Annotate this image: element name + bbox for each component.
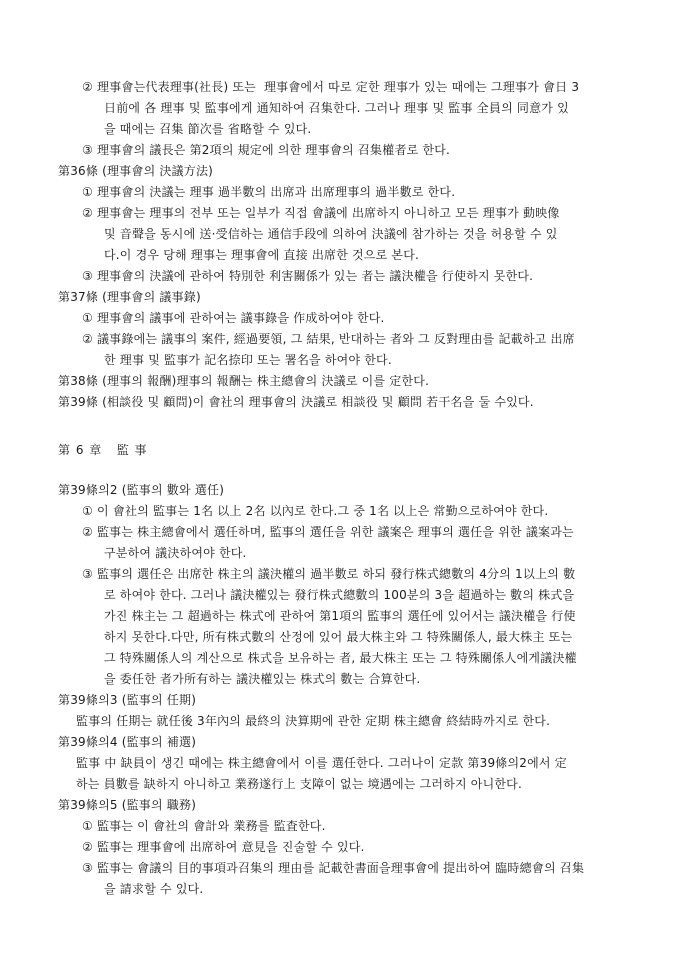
numbered-item-line: ③ 監事의 選任은 出席한 株主의 議決權의 過半數로 하되 發行株式總數의 4… [0,564,640,585]
article-heading-line: 第39條의4 (監事의 補選) [0,732,640,753]
body-line: 하는 員數를 缺하지 아니하고 業務遂行上 支障이 없는 境遇에는 그러하지 아… [0,774,640,795]
continuation-line: 및 音聲을 동시에 送·受信하는 通信手段에 의하여 決議에 참가하는 것을 허… [0,224,640,245]
document-page: ② 理事會는代表理事(社長) 또는 理事會에서 따로 定한 理事가 있는 때에는… [0,0,680,962]
chapter-heading: 第 6 章 監 事 [0,440,640,461]
body-line: 監事의 任期는 就任後 3年內의 最終의 決算期에 관한 定期 株主總會 終結時… [0,711,640,732]
numbered-item-line: ① 監事는 이 會社의 會計와 業務를 監査한다. [0,816,640,837]
article-heading-line: 第36條 (理事會의 決議方法) [0,161,640,182]
article-heading-line: 第37條 (理事會의 議事錄) [0,287,640,308]
numbered-item-line: ③ 監事는 會議의 目的事項과召集의 理由를 記載한書面을理事會에 提出하여 臨… [0,858,640,879]
continuation-line: 을 때에는 召集 節次를 省略할 수 있다. [0,119,640,140]
numbered-item-line: ② 議事錄에는 議事의 案件, 經過要領, 그 結果, 반대하는 者와 그 反對… [0,329,640,350]
article-heading-line: 第39條의2 (監事의 數와 選任) [0,480,640,501]
article-heading-line: 第38條 (理事의 報酬)理事의 報酬는 株主總會의 決議로 이를 定한다. [0,371,640,392]
continuation-line: 日前에 各 理事 및 監事에게 通知하여 召集한다. 그러나 理事 및 監事 全… [0,98,640,119]
article-heading-line: 第39條 (相談役 및 顧問)이 會社의 理事會의 決議로 相談役 및 顧問 若… [0,392,640,413]
numbered-item-line: ② 理事會는代表理事(社長) 또는 理事會에서 따로 定한 理事가 있는 때에는… [0,77,640,98]
numbered-item-line: ③ 理事會의 議長은 第2項의 規定에 의한 理事會의 召集權者로 한다. [0,140,640,161]
continuation-line: 하지 못한다.다만, 所有株式數의 산정에 있어 最大株主와 그 特殊關係人, … [0,627,640,648]
numbered-item-line: ① 이 會社의 監事는 1名 以上 2名 以內로 한다.그 중 1名 以上은 常… [0,501,640,522]
body-line: 監事 中 缺員이 생긴 때에는 株主總會에서 이를 選任한다. 그러나이 定款 … [0,753,640,774]
continuation-line: 로 하여야 한다. 그러나 議決權있는 發行株式總數의 100분의 3을 超過하… [0,585,640,606]
continuation-line: 을 請求할 수 있다. [0,879,640,900]
numbered-item-line: ② 監事는 株主總會에서 選任하며, 監事의 選任을 위한 議案은 理事의 選任… [0,522,640,543]
continuation-line: 한 理事 및 監事가 記名捺印 또는 署名을 하여야 한다. [0,350,640,371]
numbered-item-line: ① 理事會의 議事에 관하여는 議事錄을 作成하여야 한다. [0,308,640,329]
continuation-line: 가진 株主는 그 超過하는 株式에 관하여 第1項의 監事의 選任에 있어서는 … [0,606,640,627]
continuation-line: 을 委任한 者가所有하는 議決權있는 株式의 數는 合算한다. [0,669,640,690]
numbered-item-line: ② 監事는 理事會에 出席하여 意見을 진술할 수 있다. [0,837,640,858]
article-heading-line: 第39條의3 (監事의 任期) [0,690,640,711]
numbered-item-line: ① 理事會의 決議는 理事 過半數의 出席과 出席理事의 過半數로 한다. [0,182,640,203]
numbered-item-line: ② 理事會는 理事의 전부 또는 일부가 직접 會議에 出席하지 아니하고 모든… [0,203,640,224]
numbered-item-line: ③ 理事會의 決議에 관하여 特別한 利害關係가 있는 者는 議決權을 行使하지… [0,266,640,287]
continuation-line: 구분하여 議決하여야 한다. [0,543,640,564]
article-heading-line: 第39條의5 (監事의 職務) [0,795,640,816]
continuation-line: 다.이 경우 당해 理事는 理事會에 直接 出席한 것으로 본다. [0,245,640,266]
continuation-line: 그 特殊關係人의 계산으로 株式을 보유하는 者, 最大株主 또는 그 特殊關係… [0,648,640,669]
document-body: ② 理事會는代表理事(社長) 또는 理事會에서 따로 定한 理事가 있는 때에는… [0,0,680,900]
